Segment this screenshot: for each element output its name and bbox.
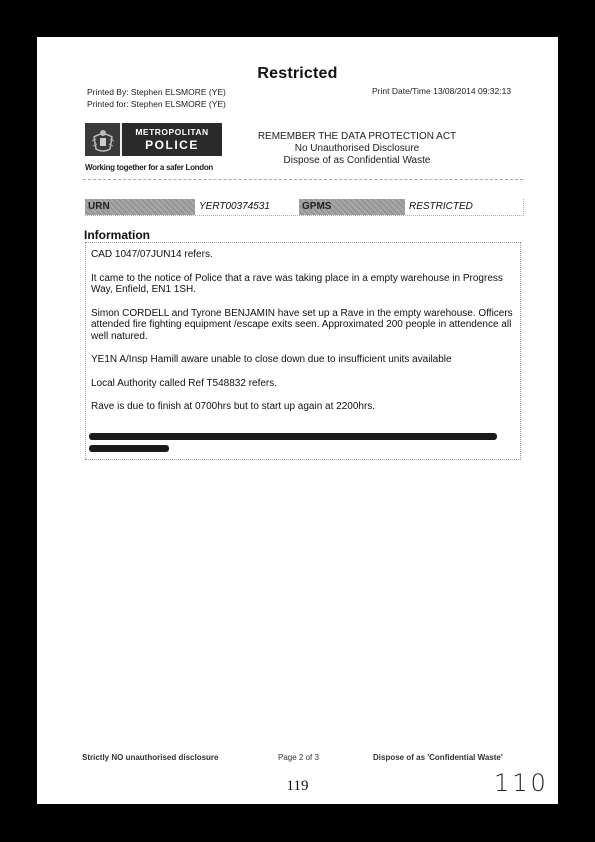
data-protection-notice: REMEMBER THE DATA PROTECTION ACT No Unau… [237, 131, 477, 167]
logo-text: METROPOLITAN POLICE [122, 123, 222, 156]
gpms-label: GPMS [299, 199, 405, 215]
logo-line2: POLICE [145, 138, 199, 152]
info-paragraph: Rave is due to finish at 0700hrs but to … [91, 401, 515, 413]
crest-icon [85, 123, 122, 156]
footer-page-count: Page 2 of 3 [278, 753, 319, 762]
redaction-bar [89, 433, 497, 440]
classification-title: Restricted [37, 65, 558, 83]
print-datetime: Print Date/Time 13/08/2014 09:32:13 [372, 86, 511, 96]
information-heading: Information [84, 228, 150, 242]
footer-disclosure: Strictly NO unauthorised disclosure [82, 753, 218, 762]
footer-dispose: Dispose of as 'Confidential Waste' [373, 753, 503, 762]
redaction-bar [89, 445, 169, 452]
notice-line3: Dispose of as Confidential Waste [237, 155, 477, 167]
logo-tagline: Working together for a safer London [85, 163, 213, 172]
notice-line1: REMEMBER THE DATA PROTECTION ACT [237, 131, 477, 143]
info-paragraph: CAD 1047/07JUN14 refers. [91, 249, 515, 261]
handwritten-number: 110 [494, 769, 549, 797]
printed-by: Printed By: Stephen ELSMORE (YE) [87, 86, 226, 98]
printed-info: Printed By: Stephen ELSMORE (YE) Printed… [87, 86, 226, 110]
met-police-logo: METROPOLITAN POLICE [85, 123, 222, 156]
info-paragraph: It came to the notice of Police that a r… [91, 273, 515, 296]
notice-line2: No Unauthorised Disclosure [237, 143, 477, 155]
document-page: Restricted Printed By: Stephen ELSMORE (… [37, 37, 558, 804]
page-number: 119 [37, 778, 558, 795]
gpms-value: RESTRICTED [405, 199, 523, 215]
info-paragraph: YE1N A/Insp Hamill aware unable to close… [91, 354, 515, 366]
urn-value: YERT00374531 [195, 199, 299, 215]
header-divider [83, 179, 523, 180]
printed-for: Printed for: Stephen ELSMORE (YE) [87, 98, 226, 110]
reference-row: URN YERT00374531 GPMS RESTRICTED [85, 199, 524, 216]
info-paragraph: Local Authority called Ref T548832 refer… [91, 378, 515, 390]
info-paragraph: Simon CORDELL and Tyrone BENJAMIN have s… [91, 308, 515, 343]
logo-line1: METROPOLITAN [135, 127, 208, 137]
urn-label: URN [85, 199, 195, 215]
information-box: CAD 1047/07JUN14 refers. It came to the … [85, 242, 521, 460]
